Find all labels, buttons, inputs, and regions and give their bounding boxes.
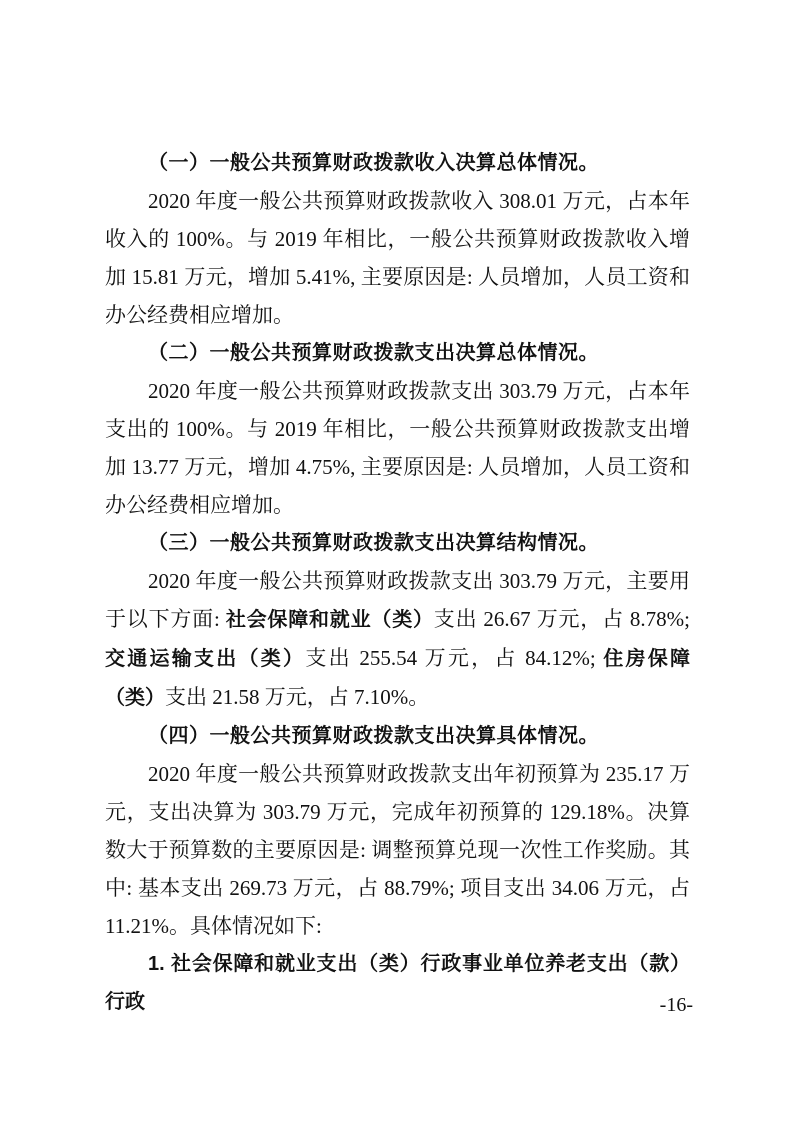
- section-heading-1: （一）一般公共预算财政拨款收入决算总体情况。: [105, 144, 690, 182]
- document-page: （一）一般公共预算财政拨款收入决算总体情况。 2020 年度一般公共预算财政拨款…: [0, 0, 793, 1122]
- bold-category-social-security: 社会保障和就业（类）: [226, 609, 434, 631]
- paragraph-text: 2020 年度一般公共预算财政拨款支出 303.79 万元，占本年支出的 100…: [105, 379, 690, 517]
- section-paragraph-1: 2020 年度一般公共预算财政拨款收入 308.01 万元，占本年收入的 100…: [105, 182, 690, 334]
- page-number: -16-: [660, 992, 693, 1018]
- section-paragraph-4: 2020 年度一般公共预算财政拨款支出年初预算为 235.17 万元，支出决算为…: [105, 755, 690, 945]
- section-heading-2: （二）一般公共预算财政拨款支出决算总体情况。: [105, 334, 690, 372]
- section-heading-3: （三）一般公共预算财政拨款支出决算结构情况。: [105, 524, 690, 562]
- section-expenditure-overview: （二）一般公共预算财政拨款支出决算总体情况。 2020 年度一般公共预算财政拨款…: [105, 334, 690, 524]
- section-income-overview: （一）一般公共预算财政拨款收入决算总体情况。 2020 年度一般公共预算财政拨款…: [105, 144, 690, 334]
- numbered-item-1: 1. 社会保障和就业支出（类）行政事业单位养老支出（款）行政: [105, 945, 690, 1021]
- paragraph-text: 2020 年度一般公共预算财政拨款支出年初预算为 235.17 万元，支出决算为…: [105, 762, 690, 938]
- section-paragraph-2: 2020 年度一般公共预算财政拨款支出 303.79 万元，占本年支出的 100…: [105, 372, 690, 524]
- paragraph-text: 支出 26.67 万元，占 8.78%;: [434, 607, 690, 631]
- section-heading-4: （四）一般公共预算财政拨款支出决算具体情况。: [105, 717, 690, 755]
- section-expenditure-structure: （三）一般公共预算财政拨款支出决算结构情况。 2020 年度一般公共预算财政拨款…: [105, 524, 690, 717]
- bold-category-transportation: 交通运输支出（类）: [105, 648, 305, 670]
- section-paragraph-3: 2020 年度一般公共预算财政拨款支出 303.79 万元，主要用于以下方面: …: [105, 562, 690, 717]
- paragraph-text: 支出 21.58 万元，占 7.10%。: [165, 685, 429, 709]
- paragraph-text: 2020 年度一般公共预算财政拨款收入 308.01 万元，占本年收入的 100…: [105, 189, 690, 327]
- section-expenditure-detail: （四）一般公共预算财政拨款支出决算具体情况。 2020 年度一般公共预算财政拨款…: [105, 717, 690, 945]
- paragraph-text: 支出 255.54 万元，占 84.12%;: [305, 646, 603, 670]
